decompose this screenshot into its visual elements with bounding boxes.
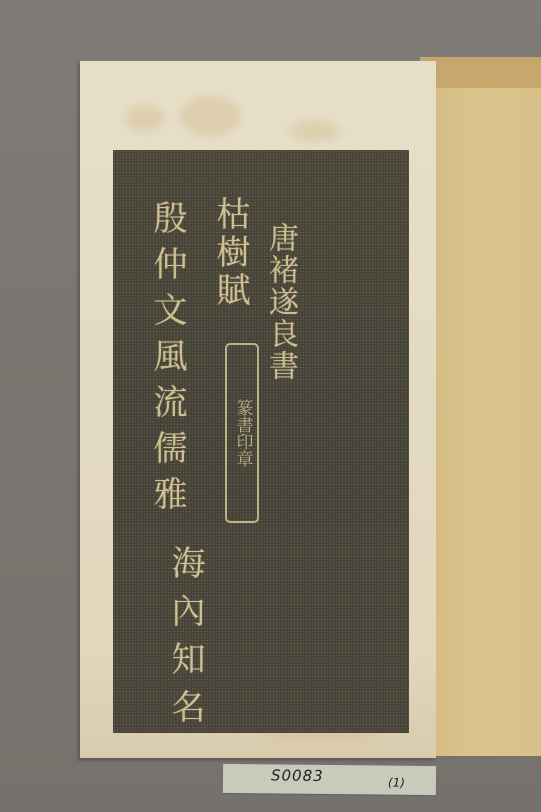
seal-text: 篆書印章 [234, 399, 251, 467]
paper-stain [180, 96, 240, 136]
inscription-body-line-2: 海內知名 [168, 545, 202, 737]
inscription-attribution: 唐褚遂良書 [265, 222, 295, 382]
seal-stamp: 篆書印章 [225, 343, 259, 523]
paper-stain [125, 106, 165, 131]
catalog-id: S0083 [271, 766, 324, 785]
inscription-title: 枯樹賦 [213, 196, 247, 310]
catalog-label: S0083 (1) [223, 764, 436, 795]
inscription-body-line-1: 殷仲文風流儒雅 [150, 200, 184, 522]
paper-stain [290, 121, 340, 141]
catalog-page-number: (1) [388, 776, 405, 790]
adjacent-page [420, 88, 541, 756]
